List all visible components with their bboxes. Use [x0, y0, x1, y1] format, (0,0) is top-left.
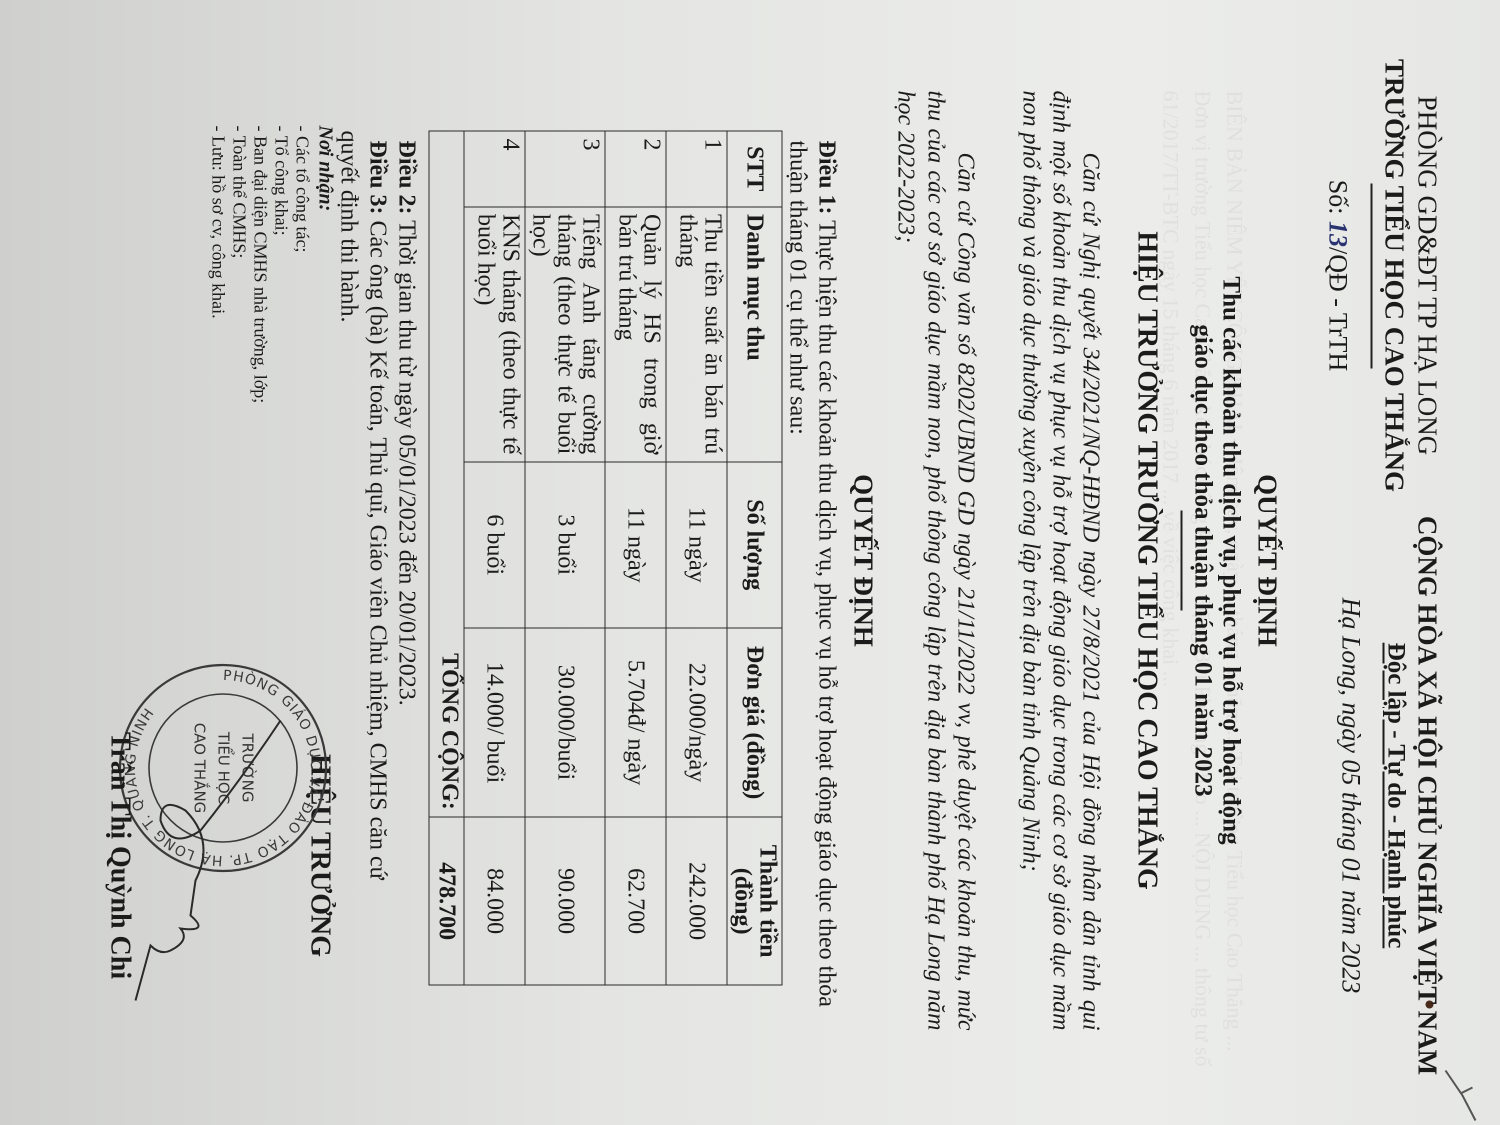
total-value: 478.700: [429, 817, 464, 985]
cell-unit-price: 30.000/buổi: [525, 627, 605, 817]
legal-basis-2: Căn cứ Công văn số 8202/UBND GD ngày 21/…: [890, 90, 980, 1030]
cell-amount: 62.700: [605, 817, 666, 985]
place-date: Hạ Long, ngày 05 tháng 01 năm 2023: [1335, 470, 1365, 1120]
article-2: Điều 2: Thời gian thu từ ngày 05/01/2023…: [391, 140, 420, 1040]
cell-stt: 1: [666, 131, 727, 207]
cell-item: Thu tiền suất ăn bán trú tháng: [666, 206, 727, 461]
nation-title: CỘNG HÒA XÃ HỘI CHỦ NGHĨA VIỆT NAM: [1411, 470, 1442, 1120]
header-item: Danh mục thu: [727, 206, 782, 461]
header-amount: Thành tiền (đồng): [727, 817, 782, 985]
cell-quantity: 11 ngày: [605, 461, 666, 627]
decision-heading: QUYẾT ĐỊNH: [847, 60, 878, 1060]
article-3-continuation: quyết định thi hành.: [333, 130, 362, 1030]
handwritten-signature: [110, 700, 310, 1030]
legal-basis-1: Căn cứ Nghị quyết 34/2021/NQ-HĐND ngày 2…: [1015, 90, 1105, 1030]
cell-amount: 242.000: [666, 817, 727, 985]
national-header: CỘNG HÒA XÃ HỘI CHỦ NGHĨA VIỆT NAM Độc l…: [1335, 470, 1442, 1120]
fee-table: STT Danh mục thu Số lượng Đơn giá (đồng)…: [428, 130, 782, 985]
cell-stt: 2: [605, 131, 666, 207]
recipient-item: - Các tổ công tác;: [291, 125, 312, 585]
cell-quantity: 6 buổi: [464, 461, 525, 627]
table-row: 4 KNS tháng (theo thực tế buổi học) 6 bu…: [464, 131, 525, 985]
cell-unit-price: 22.000/ngày: [666, 627, 727, 817]
article-3: Điều 3: Các ông (bà) Kế toán, Thủ quĩ, G…: [362, 140, 391, 1040]
cell-amount: 84.000: [464, 817, 525, 985]
national-motto: Độc lập - Tự do - Hạnh phúc: [1381, 470, 1409, 1120]
document-number: Số: 13/QĐ - TrTH: [1322, 40, 1352, 510]
header-stt: STT: [727, 131, 782, 207]
cell-amount: 90.000: [525, 817, 605, 985]
cell-item: Tiếng Anh tăng cường tháng (theo thực tế…: [525, 206, 605, 461]
decision-document-page: BIÊN BẢN NIÊM YẾT CÔNG KHAI · Hôm nay, n…: [0, 0, 1500, 1125]
document-subject: Thu các khoản thu dịch vụ, phục vụ hỗ tr…: [1188, 60, 1244, 1060]
recipient-item: - Lưu: hồ sơ cv, công khai.: [207, 125, 228, 585]
cell-quantity: 3 buổi: [525, 461, 605, 627]
recipient-item: - Tổ công khai;: [270, 125, 291, 585]
school-name: TRƯỜNG TIỂU HỌC CAO THẮNG: [1378, 40, 1409, 510]
divider: [1370, 183, 1372, 368]
recipients-heading: Nơi nhận:: [314, 125, 335, 585]
cell-quantity: 11 ngày: [666, 461, 727, 627]
handwritten-number: 13: [1323, 220, 1352, 246]
recipient-item: - Toàn thể CMHS;: [228, 125, 249, 585]
cell-stt: 3: [525, 131, 605, 207]
cell-unit-price: 14.000/ buổi: [464, 627, 525, 817]
table-row: 1 Thu tiền suất ăn bán trú tháng 11 ngày…: [666, 131, 727, 985]
cell-unit-price: 5.704đ/ ngày: [605, 627, 666, 817]
department-name: PHÒNG GD&ĐT TP HẠ LONG: [1411, 40, 1442, 510]
table-row: 2 Quản lý HS trong giờ bán trú tháng 11 …: [605, 131, 666, 985]
issuer-block: PHÒNG GD&ĐT TP HẠ LONG TRƯỜNG TIỂU HỌC C…: [1322, 40, 1442, 510]
recipients-block: Nơi nhận: - Các tổ công tác; - Tổ công k…: [207, 125, 335, 585]
total-label: TỔNG CỘNG:: [429, 131, 464, 817]
cell-stt: 4: [464, 131, 525, 207]
header-quantity: Số lượng: [727, 461, 782, 627]
cell-item: Quản lý HS trong giờ bán trú tháng: [605, 206, 666, 461]
table-row: 3 Tiếng Anh tăng cường tháng (theo thực …: [525, 131, 605, 985]
divider: [1180, 510, 1182, 610]
article-1: Điều 1: Thực hiện thu các khoản thu dịch…: [782, 140, 840, 1040]
header-unit-price: Đơn giá (đồng): [727, 627, 782, 817]
pen-mark: [1440, 1065, 1480, 1125]
issuing-authority: HIỆU TRƯỞNG TRƯỜNG TIỂU HỌC CAO THẮNG: [1130, 60, 1162, 1060]
recipient-item: - Ban đại diện CMHS nhà trường, lớp;: [249, 125, 270, 585]
cell-item: KNS tháng (theo thực tế buổi học): [464, 206, 525, 461]
table-header-row: STT Danh mục thu Số lượng Đơn giá (đồng)…: [727, 131, 782, 985]
signer-name: Trần Thị Quỳnh Chi: [103, 690, 135, 1020]
document-title: QUYẾT ĐỊNH: [1251, 60, 1282, 1060]
table-total-row: TỔNG CỘNG: 478.700: [429, 131, 464, 985]
